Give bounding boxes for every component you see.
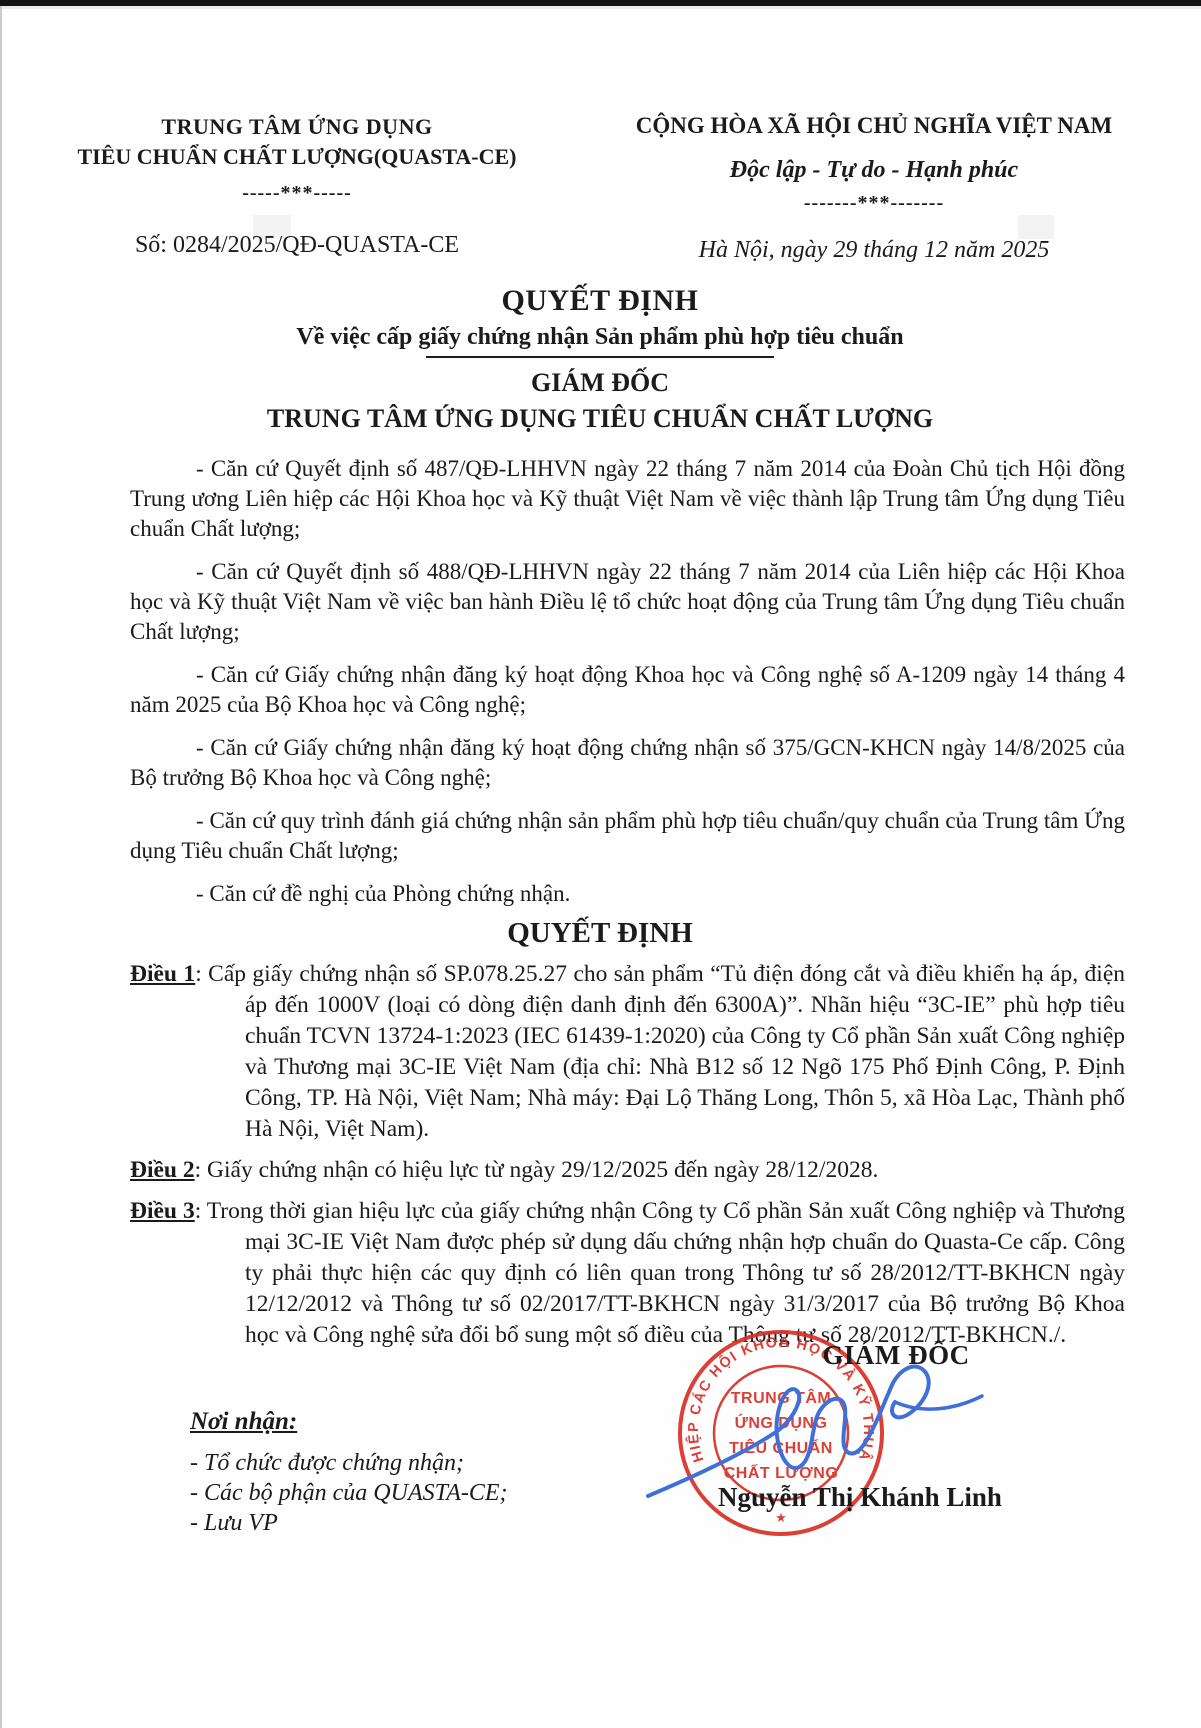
article-1-label: Điều 1 [130,961,195,987]
recitals-section: - Căn cứ Quyết định số 487/QĐ-LHHVN ngày… [75,454,1125,909]
recipient-item-2: - Các bộ phận của QUASTA-CE; [190,1478,610,1508]
article-3: Điều 3: Trong thời gian hiệu lực của giấ… [130,1196,1125,1351]
recital-2: - Căn cứ Quyết định số 488/QĐ-LHHVN ngày… [130,557,1125,647]
decision-heading: QUYẾT ĐỊNH [75,915,1125,951]
recipient-item-1: - Tổ chức được chứng nhận; [190,1448,610,1478]
article-2-label: Điều 2 [130,1157,195,1183]
recital-6: - Căn cứ đề nghị của Phòng chứng nhận. [130,879,1125,909]
signer-role: GIÁM ĐỐC [796,1340,996,1371]
recital-5: - Căn cứ quy trình đánh giá chứng nhận s… [130,806,1125,866]
org-separator: -----***----- [62,178,532,208]
document-title: QUYẾT ĐỊNH [75,282,1125,320]
recipients-heading: Nơi nhận: [190,1406,610,1438]
recital-4: - Căn cứ Giấy chứng nhận đăng ký hoạt độ… [130,733,1125,793]
national-header-block: CỘNG HÒA XÃ HỘI CHỦ NGHĨA VIỆT NAM Độc l… [598,110,1150,266]
signature-stroke-main [648,1367,929,1496]
recital-3: - Căn cứ Giấy chứng nhận đăng ký hoạt độ… [130,660,1125,720]
issuing-org-line2: TIÊU CHUẨN CHẤT LƯỢNG(QUASTA-CE) [62,142,532,172]
article-1-body: : Cấp giấy chứng nhận số SP.078.25.27 ch… [195,961,1125,1142]
document-page: TRUNG TÂM ỨNG DỤNG TIÊU CHUẨN CHẤT LƯỢNG… [0,0,1201,1728]
motto-separator: -------***------- [598,190,1150,216]
issuer-role-heading: GIÁM ĐỐC [75,366,1125,400]
document-number: Số: 0284/2025/QĐ-QUASTA-CE [62,230,532,260]
signature-stroke-tail [895,1396,982,1409]
recital-1: - Căn cứ Quyết định số 487/QĐ-LHHVN ngày… [130,454,1125,544]
issuer-org-heading: TRUNG TÂM ỨNG DỤNG TIÊU CHUẨN CHẤT LƯỢNG [75,400,1125,438]
signer-name: Nguyễn Thị Khánh Linh [655,1482,1065,1513]
article-2-body: : Giấy chứng nhận có hiệu lực từ ngày 29… [195,1157,879,1183]
nation-line: CỘNG HÒA XÃ HỘI CHỦ NGHĨA VIỆT NAM [598,110,1150,142]
article-3-label: Điều 3 [130,1198,195,1224]
document-body: QUYẾT ĐỊNH Về việc cấp giấy chứng nhận S… [75,282,1125,1361]
issuing-org-line1: TRUNG TÂM ỨNG DỤNG [62,112,532,142]
article-1: Điều 1: Cấp giấy chứng nhận số SP.078.25… [130,959,1125,1145]
document-subtitle: Về việc cấp giấy chứng nhận Sản phẩm phù… [75,320,1125,354]
scan-left-edge [0,6,2,1728]
issuing-org-block: TRUNG TÂM ỨNG DỤNG TIÊU CHUẨN CHẤT LƯỢNG… [62,112,532,260]
article-3-body: : Trong thời gian hiệu lực của giấy chứn… [195,1198,1125,1348]
recipient-item-3: - Lưu VP [190,1508,610,1538]
recipients-block: Nơi nhận: - Tổ chức được chứng nhận; - C… [190,1406,610,1538]
scan-top-shadow [0,6,1201,9]
motto-line: Độc lập - Tự do - Hạnh phúc [598,154,1150,186]
subtitle-rule [426,356,774,358]
article-2: Điều 2: Giấy chứng nhận có hiệu lực từ n… [130,1155,1125,1186]
place-date-line: Hà Nội, ngày 29 tháng 12 năm 2025 [598,234,1150,266]
